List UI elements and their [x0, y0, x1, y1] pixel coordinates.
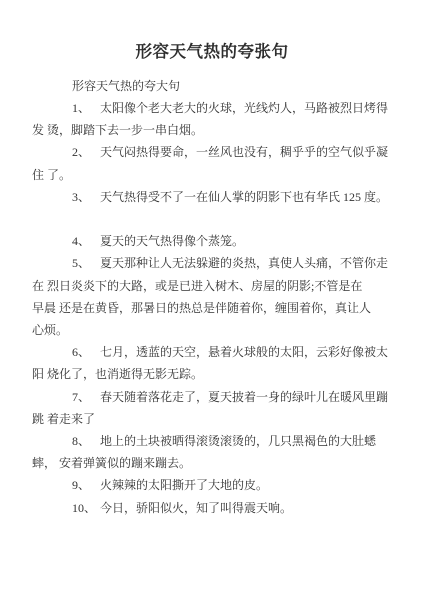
item-number: 3、 [72, 186, 100, 208]
item-number: 6、 [72, 341, 100, 363]
item-number: 5、 [72, 252, 100, 274]
document-body: 1、太阳像个老大老大的火球，光线灼人，马路被烈日烤得发 烫，脚踏下去一步一串白烟… [32, 97, 398, 519]
paragraph-first-line: 4、夏天的天气热得像个蒸笼。 [32, 230, 398, 252]
paragraph-first-line: 3、天气热得受不了一在仙人掌的阴影下也有华氏 125 度。 [32, 186, 398, 208]
paragraph-first-line: 6、七月，透蓝的天空，悬着火球般的太阳，云彩好像被太 [32, 341, 398, 363]
document-page: 形容天气热的夸张句 形容天气热的夸大句 1、太阳像个老大老大的火球，光线灼人，马… [0, 0, 424, 600]
item-number: 9、 [72, 474, 100, 496]
document-subtitle: 形容天气热的夸大句 [32, 75, 396, 97]
paragraph-first-line: 1、太阳像个老大老大的火球，光线灼人，马路被烈日烤得 [32, 97, 398, 119]
item-text: 地上的土块被晒得滚烫滚烫的，几只黑褐色的大肚蟋 [100, 434, 376, 448]
item-number: 10、 [72, 497, 100, 519]
item-number: 2、 [72, 141, 100, 163]
paragraph-first-line: 5、夏天那种让人无法躲避的炎热，真使人头痛，不管你走 [32, 252, 398, 274]
item-number: 7、 [72, 386, 100, 408]
item-number: 4、 [72, 230, 100, 252]
paragraph-first-line: 7、春天随着落花走了，夏天披着一身的绿叶儿在暖风里蹦 [32, 386, 398, 408]
item-text: 夏天那种让人无法躲避的炎热，真使人头痛，不管你走 [100, 256, 388, 270]
paragraph-continuation-line: 跳 着走来了 [32, 408, 398, 430]
item-number: 1、 [72, 97, 100, 119]
paragraph-first-line: 2、天气闷热得要命，一丝风也没有，稠乎乎的空气似乎凝 [32, 141, 398, 163]
page-title: 形容天气热的夸张句 [0, 0, 424, 62]
item-text: 夏天的天气热得像个蒸笼。 [100, 234, 244, 248]
paragraph-continuation-line: 住 了。 [32, 164, 398, 186]
item-text: 太阳像个老大老大的火球，光线灼人，马路被烈日烤得 [100, 101, 388, 115]
paragraph-continuation-line: 早晨 还是在黄昏，那暑日的热总是伴随着你，缠围着你，真让人 [32, 297, 398, 319]
item-text: 今日，骄阳似火，知了叫得震天响。 [100, 501, 292, 515]
paragraph-continuation-line: 阳 烧化了，也消逝得无影无踪。 [32, 363, 398, 385]
paragraph-first-line: 8、地上的土块被晒得滚烫滚烫的，几只黑褐色的大肚蟋 [32, 430, 398, 452]
item-text: 天气闷热得要命，一丝风也没有，稠乎乎的空气似乎凝 [100, 145, 388, 159]
paragraph-continuation-line: 心烦。 [32, 319, 398, 341]
paragraph-first-line: 9、火辣辣的太阳撕开了大地的皮。 [32, 474, 398, 496]
item-number: 8、 [72, 430, 100, 452]
paragraph-continuation-line: 发 烫，脚踏下去一步一串白烟。 [32, 119, 398, 141]
item-text: 七月，透蓝的天空，悬着火球般的太阳，云彩好像被太 [100, 345, 388, 359]
item-text: 春天随着落花走了，夏天披着一身的绿叶儿在暖风里蹦 [100, 390, 388, 404]
paragraph-continuation-line: 蟀， 安着弹簧似的蹦来蹦去。 [32, 452, 398, 474]
item-text: 火辣辣的太阳撕开了大地的皮。 [100, 478, 268, 492]
paragraph-continuation-line: 在 烈日炎炎下的大路，或是已进入树木、房屋的阴影;不管是在 [32, 275, 398, 297]
item-text: 天气热得受不了一在仙人掌的阴影下也有华氏 125 度。 [100, 190, 388, 204]
paragraph-first-line: 10、今日，骄阳似火，知了叫得震天响。 [32, 497, 398, 519]
